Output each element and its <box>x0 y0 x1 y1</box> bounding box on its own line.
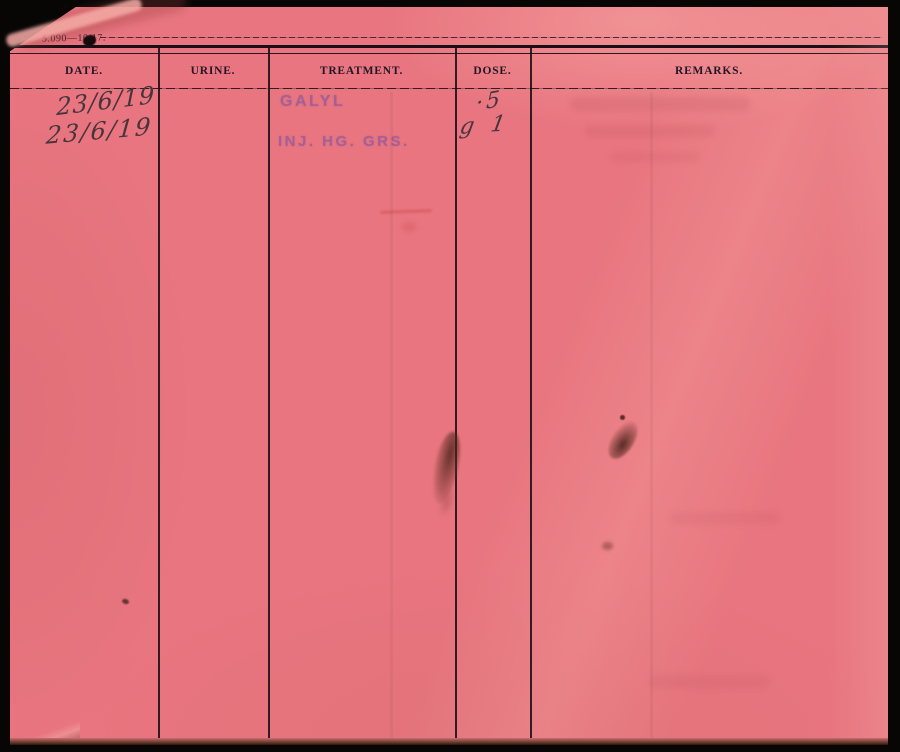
header-date: DATE. <box>10 61 158 81</box>
header-treatment: TREATMENT. <box>268 61 455 81</box>
faint-red-mark <box>402 222 416 232</box>
handwritten-dose-row2: g 1 <box>458 111 512 140</box>
bleed-through-mark <box>610 152 700 162</box>
faint-red-mark <box>380 209 432 214</box>
ink-stain <box>603 416 644 463</box>
bleed-through-mark <box>670 512 780 524</box>
header-urine: URINE. <box>158 61 268 81</box>
top-dotted-rule <box>100 37 882 38</box>
scanned-document: 5.090—10/17. DATE. URINE. TREATMENT. DOS… <box>0 0 900 752</box>
bleed-through-mark <box>570 97 750 111</box>
bleed-through-mark <box>650 675 770 689</box>
ink-spot <box>620 415 625 420</box>
paper-bottom-edge <box>10 738 888 745</box>
record-card-paper: 5.090—10/17. DATE. URINE. TREATMENT. DOS… <box>10 7 888 745</box>
table-top-rule-thin <box>10 53 888 54</box>
scan-lighting <box>828 7 888 745</box>
column-divider-date-urine <box>158 46 160 743</box>
table-top-rule-heavy <box>10 45 888 48</box>
ink-spot <box>121 598 129 605</box>
column-divider-urine-treatment <box>268 46 270 743</box>
fold-line <box>390 92 393 742</box>
column-divider-dose-remarks <box>530 46 532 743</box>
fold-line <box>650 92 653 742</box>
ink-spot <box>602 542 613 550</box>
header-dose: DOSE. <box>455 61 530 81</box>
column-divider-treatment-dose <box>455 46 457 743</box>
treatment-stamp-row1: GALYL <box>280 93 345 111</box>
